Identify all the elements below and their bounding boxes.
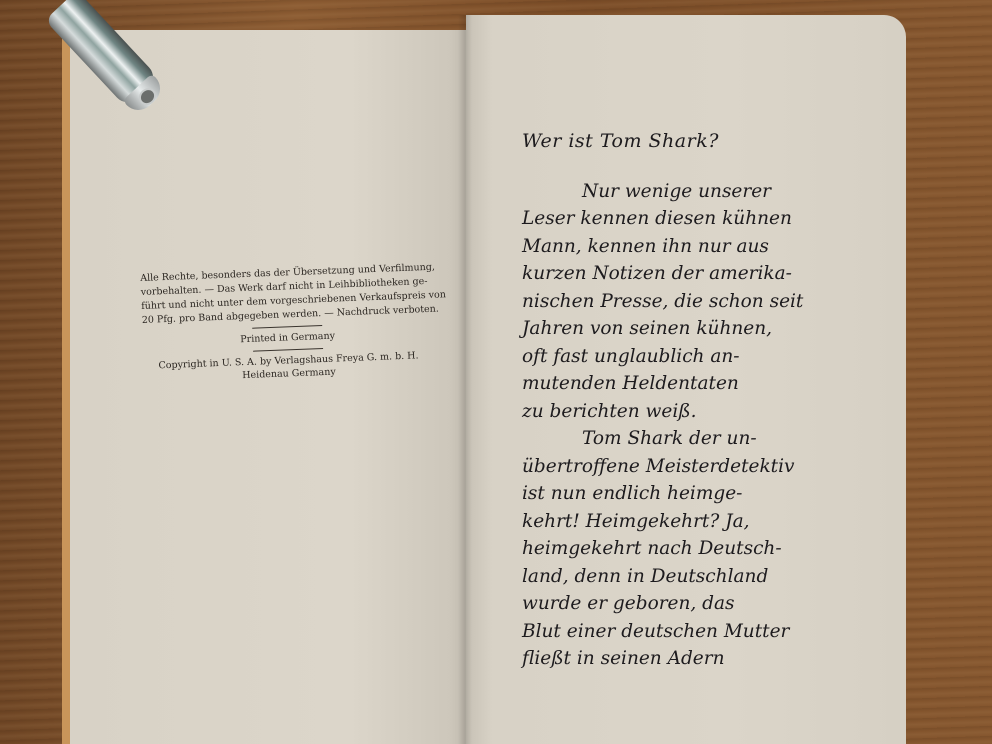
handwritten-line: nischen Presse, die schon seit: [522, 288, 852, 316]
handwritten-text: Wer ist Tom Shark? Nur wenige unserer Le…: [522, 128, 852, 673]
handwritten-line: kehrt! Heimgekehrt? Ja,: [522, 508, 852, 536]
handwritten-line: Nur wenige unserer: [522, 178, 852, 206]
left-page: [70, 30, 470, 744]
handwritten-line: heimgekehrt nach Deutsch-: [522, 535, 852, 563]
handwritten-line: ist nun endlich heimge-: [522, 480, 852, 508]
handwritten-line: oft fast unglaublich an-: [522, 343, 852, 371]
printed-in-germany: Printed in Germany: [142, 326, 432, 351]
divider: [252, 325, 322, 329]
book-spine: [458, 15, 472, 744]
handwritten-title: Wer ist Tom Shark?: [522, 128, 852, 156]
handwritten-line: fließt in seinen Adern: [522, 645, 852, 673]
handwritten-line: zu berichten weiß.: [522, 398, 852, 426]
handwritten-line: wurde er geboren, das: [522, 590, 852, 618]
handwritten-line: land, denn in Deutschland: [522, 563, 852, 591]
divider: [253, 348, 323, 352]
handwritten-line: kurzen Notizen der amerika-: [522, 260, 852, 288]
handwritten-line: Leser kennen diesen kühnen: [522, 205, 852, 233]
handwritten-line: übertroffene Meisterdetektiv: [522, 453, 852, 481]
handwritten-line: Blut einer deutschen Mutter: [522, 618, 852, 646]
handwritten-line: Tom Shark der un-: [522, 425, 852, 453]
handwritten-line: mutenden Heldentaten: [522, 370, 852, 398]
imprint-block: Alle Rechte, besonders das der Übersetzu…: [140, 261, 434, 386]
handwritten-line: Jahren von seinen kühnen,: [522, 315, 852, 343]
handwritten-line: Mann, kennen ihn nur aus: [522, 233, 852, 261]
